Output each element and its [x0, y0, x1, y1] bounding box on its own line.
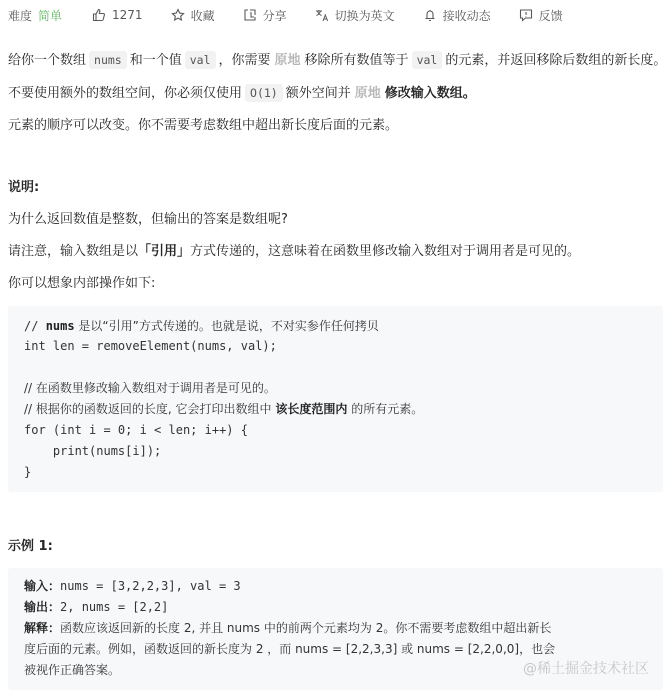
code-line-7: print(nums[i]); [24, 441, 161, 461]
code-line-2: int len = removeElement(nums, val); [24, 336, 277, 356]
emphasis-in-place: 原地 [275, 53, 301, 68]
favorite-button[interactable]: 收藏 [171, 7, 215, 24]
problem-toolbar: 难度 简单 1271 收藏 分享 切换为英文 接收动态 反馈 [8, 5, 591, 25]
inline-code: val [185, 51, 216, 69]
example-heading: 示例 1: [8, 537, 53, 557]
subscribe-button[interactable]: 接收动态 [423, 7, 491, 24]
share-label: 分享 [263, 7, 287, 24]
explanation-note: 请注意，输入数组是以「引用」方式传递的，这意味着在函数里修改输入数组对于调用者是… [8, 242, 580, 262]
feedback-icon [519, 8, 533, 22]
example-explain-2: 度后面的元素。例如，函数返回的新长度为 2 ，而 nums = [2,2,3,3… [24, 639, 555, 659]
favorite-label: 收藏 [191, 7, 215, 24]
explanation-question: 为什么返回数值是整数，但输出的答案是数组呢? [8, 210, 288, 230]
code-line-4: // 在函数里修改输入数组对于调用者是可见的。 [24, 378, 276, 398]
example-block: 输入：nums = [3,2,2,3], val = 3 输出：2, nums … [8, 568, 663, 690]
subscribe-label: 接收动态 [443, 7, 491, 24]
switch-language-button[interactable]: 切换为英文 [315, 7, 395, 24]
explanation-imagine: 你可以想象内部操作如下: [8, 274, 155, 294]
example-explain-3: 被视作正确答案。 [24, 660, 120, 680]
like-button[interactable]: 1271 [92, 8, 143, 22]
code-line-6: for (int i = 0; i < len; i++) { [24, 420, 248, 440]
example-output: 输出：2, nums = [2,2] [24, 597, 168, 617]
bell-icon [423, 8, 437, 22]
like-count: 1271 [112, 8, 143, 22]
description-paragraph-2: 不要使用额外的数组空间，你必须仅使用O(1)额外空间并原地修改输入数组。 [8, 83, 476, 104]
switch-language-label: 切换为英文 [335, 7, 395, 24]
difficulty-label: 难度 [8, 7, 32, 24]
inline-code: val [412, 51, 443, 69]
share-icon [243, 8, 257, 22]
description-paragraph-3: 元素的顺序可以改变。你不需要考虑数组中超出新长度后面的元素。 [8, 116, 398, 136]
example-input: 输入：nums = [3,2,2,3], val = 3 [24, 576, 241, 596]
code-line-1: // nums 是以“引用”方式传递的。也就是说，不对实参作任何拷贝 [24, 316, 379, 336]
inline-code: O(1) [245, 84, 283, 102]
emphasis-modify-input: 修改输入数组 [385, 86, 463, 101]
watermark: @稀土掘金技术社区 [523, 658, 649, 678]
example-explain-1: 解释：函数应该返回新的长度 2, 并且 nums 中的前两个元素均为 2。你不需… [24, 618, 551, 638]
star-icon [171, 8, 185, 22]
feedback-button[interactable]: 反馈 [519, 7, 563, 24]
difficulty-value: 简单 [38, 7, 62, 24]
inline-code: nums [89, 51, 127, 69]
emphasis-in-place: 原地 [355, 86, 381, 101]
description-paragraph-1: 给你一个数组nums和一个值val，你需要原地移除所有数值等于val的元素，并返… [8, 50, 666, 71]
share-button[interactable]: 分享 [243, 7, 287, 24]
feedback-label: 反馈 [539, 7, 563, 24]
code-block: // nums 是以“引用”方式传递的。也就是说，不对实参作任何拷贝 int l… [8, 306, 663, 492]
code-line-8: } [24, 462, 31, 482]
explanation-heading: 说明: [8, 178, 39, 198]
thumbs-up-icon [92, 8, 106, 22]
translate-icon [315, 8, 329, 22]
code-line-5: // 根据你的函数返回的长度, 它会打印出数组中 该长度范围内 的所有元素。 [24, 399, 423, 419]
difficulty: 难度 简单 [8, 7, 62, 24]
